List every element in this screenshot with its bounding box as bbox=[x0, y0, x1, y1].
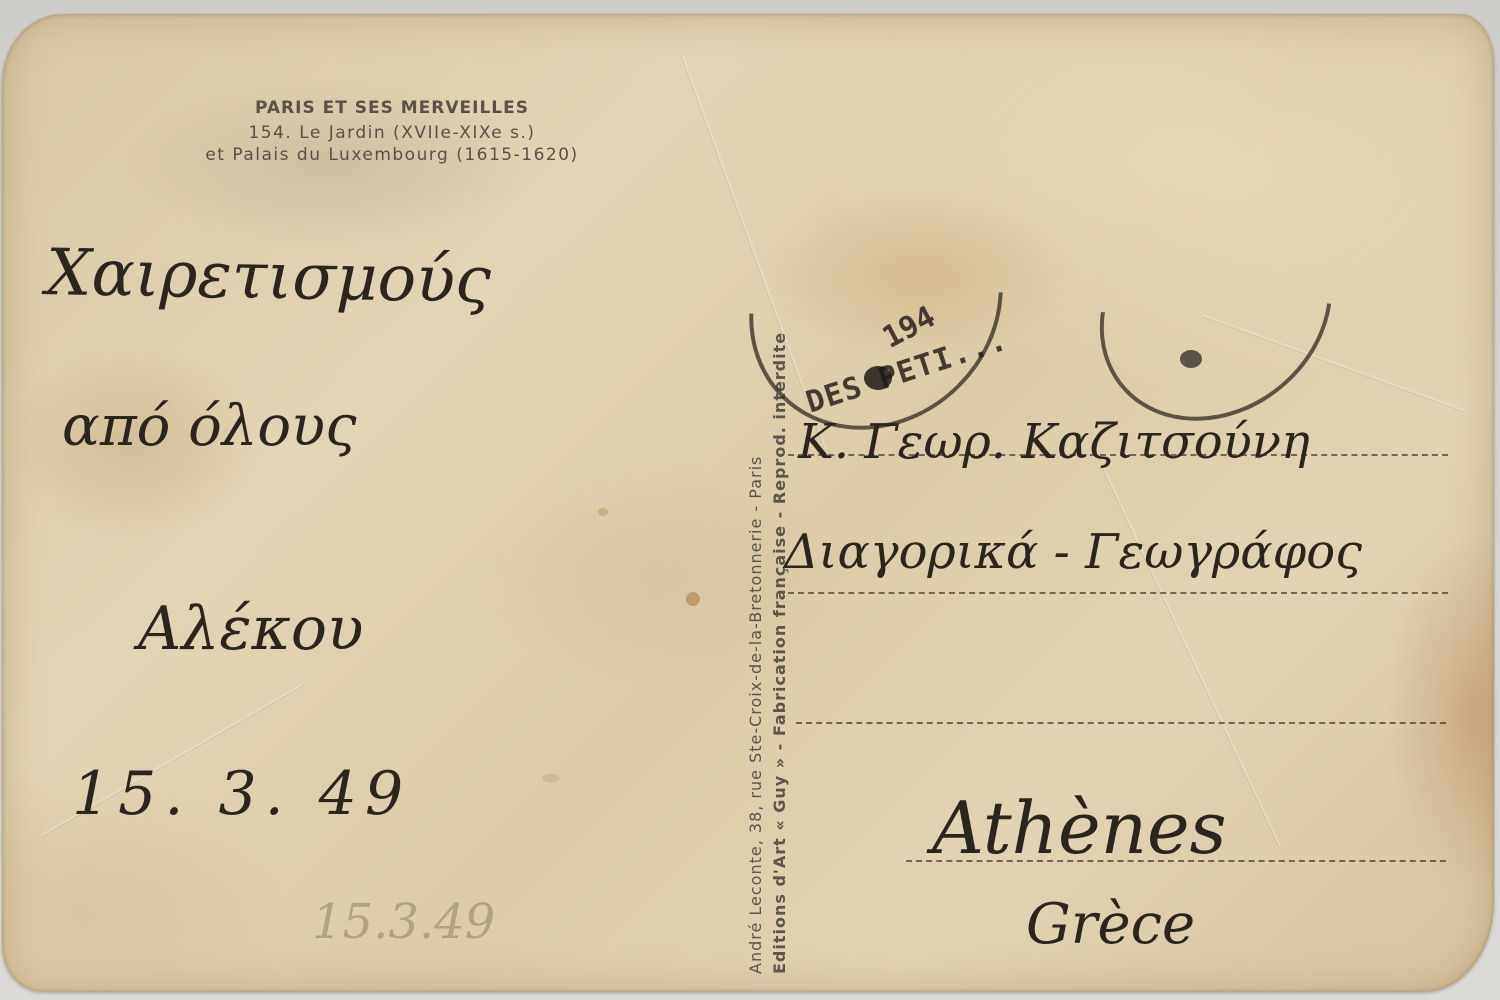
faint-show-through-text: 15.3.49 bbox=[312, 894, 495, 950]
address-country: Grèce bbox=[1026, 892, 1195, 957]
message-signature: Αλέκου bbox=[138, 594, 364, 664]
series-title: PARIS ET SES MERVEILLES bbox=[112, 98, 672, 118]
rust-stain bbox=[598, 508, 608, 516]
message-greeting: Χαιρετισμούς bbox=[45, 236, 491, 318]
publisher-line-1: André Leconte, 38, rue Ste-Croix-de-la-B… bbox=[744, 74, 768, 974]
postmark-ink-blot bbox=[864, 366, 892, 390]
message-from-all: από όλους bbox=[62, 394, 356, 459]
photo-background: PARIS ET SES MERVEILLES 154. Le Jardin (… bbox=[0, 0, 1500, 1000]
address-city: Athènes bbox=[932, 786, 1227, 870]
printed-caption: PARIS ET SES MERVEILLES 154. Le Jardin (… bbox=[112, 98, 672, 166]
address-line-3 bbox=[796, 722, 1446, 724]
postcard: PARIS ET SES MERVEILLES 154. Le Jardin (… bbox=[2, 14, 1494, 992]
rust-stain bbox=[542, 774, 560, 783]
address-street: Διαγορικά - Γεωγράφος bbox=[784, 524, 1362, 580]
message-date: 15. 3. 49 bbox=[72, 759, 411, 829]
rust-stain bbox=[686, 592, 700, 606]
address-recipient: Κ. Γεωρ. Καζιτσούνη bbox=[798, 414, 1310, 470]
caption-line-2: et Palais du Luxembourg (1615-1620) bbox=[112, 144, 672, 166]
caption-line-1: 154. Le Jardin (XVIIe-XIXe s.) bbox=[112, 122, 672, 144]
address-line-2 bbox=[788, 592, 1448, 594]
postmark-ink-blot bbox=[1180, 350, 1202, 368]
